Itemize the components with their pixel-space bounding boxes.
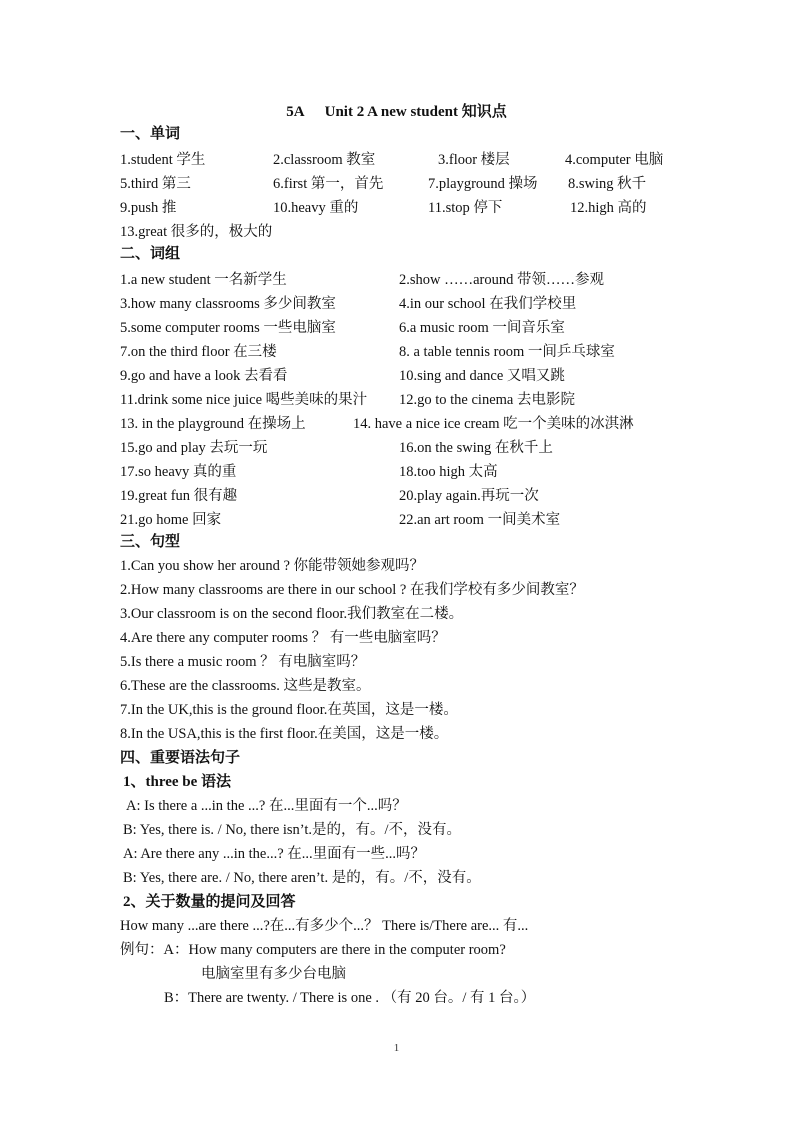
sentence-item: 7.In the UK,this is the ground floor.在英国…	[120, 700, 458, 720]
vocab-item: 12.high 高的	[570, 196, 647, 217]
dialogue-line: B: Yes, there are. / No, there aren’t. 是…	[123, 868, 481, 888]
page-number: 1	[0, 1042, 793, 1054]
sentence-item: 6.These are the classrooms. 这些是教室。	[120, 676, 370, 696]
phrase-item: 22.an art room 一间美术室	[399, 508, 560, 529]
vocab-item: 11.stop 停下	[428, 196, 502, 217]
vocab-item: 2.classroom 教室	[273, 148, 375, 169]
dialogue-line: B: Yes, there is. / No, there isn’t.是的，有…	[123, 820, 461, 840]
example-a: 例句：A：How many computers are there in the…	[120, 940, 506, 960]
document-title: 5AUnit 2 A new student 知识点	[0, 100, 793, 121]
section-heading-phrases: 二、词组	[120, 244, 180, 264]
title-unit: Unit 2 A new student 知识点	[325, 104, 507, 120]
phrase-item: 21.go home 回家	[120, 508, 221, 529]
phrase-item: 3.how many classrooms 多少间教室	[120, 292, 336, 313]
phrase-item: 2.show ……around 带领……参观	[399, 268, 604, 289]
sentence-item: 8.In the USA,this is the first floor.在美国…	[120, 724, 448, 744]
phrase-item: 6.a music room 一间音乐室	[399, 316, 565, 337]
vocab-item: 9.push 推	[120, 196, 176, 217]
vocab-item: 6.first 第一，首先	[273, 172, 383, 193]
phrase-item: 11.drink some nice juice 喝些美味的果汁	[120, 388, 367, 409]
phrase-item: 13. in the playground 在操场上	[120, 412, 306, 433]
document-page: 5AUnit 2 A new student 知识点 一、单词 1.studen…	[0, 0, 793, 1122]
sentence-item: 2.How many classrooms are there in our s…	[120, 580, 584, 600]
dialogue-line: A: Is there a ...in the ...? 在...里面有一个..…	[126, 796, 407, 816]
phrase-item: 5.some computer rooms 一些电脑室	[120, 316, 336, 337]
phrase-item: 12.go to the cinema 去电影院	[399, 388, 575, 409]
vocab-item: 1.student 学生	[120, 148, 205, 169]
title-grade: 5A	[286, 104, 304, 120]
vocab-item: 7.playground 操场	[428, 172, 538, 193]
phrase-item: 10.sing and dance 又唱又跳	[399, 364, 565, 385]
sentence-item: 4.Are there any computer rooms ？ 有一些电脑室吗…	[120, 628, 446, 648]
subheading-quantity: 2、关于数量的提问及回答	[123, 892, 296, 912]
phrase-item: 1.a new student 一名新学生	[120, 268, 287, 289]
subheading-there-be: 1、three be 语法	[123, 772, 231, 792]
vocab-item: 13.great 很多的，极大的	[120, 220, 272, 241]
phrase-item: 15.go and play 去玩一玩	[120, 436, 267, 457]
vocab-item: 8.swing 秋千	[568, 172, 646, 193]
vocab-item: 10.heavy 重的	[273, 196, 358, 217]
dialogue-line: A: Are there any ...in the...? 在...里面有一些…	[123, 844, 425, 864]
sentence-item: 5.Is there a music room ？ 有电脑室吗？	[120, 652, 365, 672]
phrase-item: 17.so heavy 真的重	[120, 460, 236, 481]
phrase-item: 16.on the swing 在秋千上	[399, 436, 553, 457]
quantity-pattern: How many ...are there ...?在...有多少个...？ T…	[120, 916, 528, 936]
phrase-item: 14. have a nice ice cream 吃一个美味的冰淇淋	[353, 412, 634, 433]
vocab-item: 5.third 第三	[120, 172, 191, 193]
phrase-item: 18.too high 太高	[399, 460, 498, 481]
phrase-item: 19.great fun 很有趣	[120, 484, 237, 505]
sentence-item: 3.Our classroom is on the second floor.我…	[120, 604, 463, 624]
sentence-item: 1.Can you show her around ? 你能带领她参观吗？	[120, 556, 424, 576]
phrase-item: 8. a table tennis room 一间乒乓球室	[399, 340, 615, 361]
phrase-item: 7.on the third floor 在三楼	[120, 340, 277, 361]
example-b: B：There are twenty. / There is one . （有 …	[164, 988, 535, 1008]
phrase-item: 20.play again.再玩一次	[399, 484, 539, 505]
example-a-translation: 电脑室里有多少台电脑	[201, 964, 346, 984]
vocab-item: 3.floor 楼层	[438, 148, 510, 169]
section-heading-grammar: 四、重要语法句子	[120, 748, 240, 768]
section-heading-sentences: 三、句型	[120, 532, 180, 552]
vocab-item: 4.computer 电脑	[565, 148, 663, 169]
phrase-item: 9.go and have a look 去看看	[120, 364, 288, 385]
phrase-item: 4.in our school 在我们学校里	[399, 292, 576, 313]
section-heading-vocab: 一、单词	[120, 124, 180, 144]
